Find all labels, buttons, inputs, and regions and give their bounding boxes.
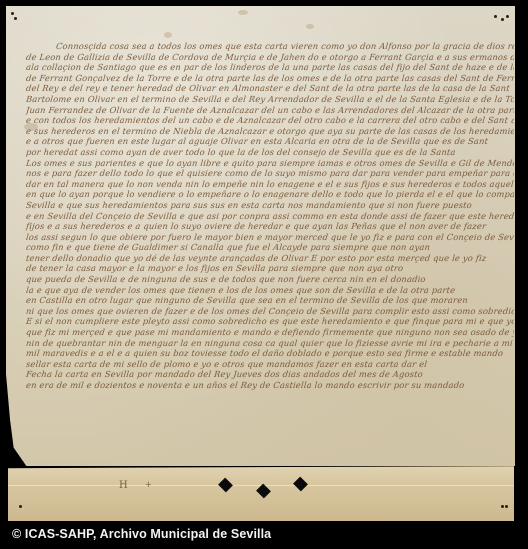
text-line: que fiz mi merçed e que pase mi mandamie… — [25, 327, 514, 338]
text-line: del Rey e del rey e tener heredad de Oli… — [25, 83, 514, 94]
charter-text: Connosçida cosa sea a todos los omes que… — [26, 41, 514, 391]
text-line: e sus herederos en el termino de Niebla … — [25, 126, 514, 137]
seal-cord-hole — [293, 477, 308, 492]
pinhole — [19, 505, 22, 508]
pinhole — [506, 15, 509, 18]
text-line: que pueda de Sevilla e de ninguna de sus… — [25, 274, 514, 285]
parchment-charter: Connosçida cosa sea a todos los omes que… — [6, 6, 515, 466]
text-line: Fecha la carta en Sevilla por mandado de… — [25, 369, 514, 380]
text-line: nos e para fazer dello todo lo que el qu… — [25, 168, 514, 179]
text-line: en Castilla en otro lugar que ninguno de… — [25, 295, 514, 306]
text-line: la e que aya de vender los omes que tien… — [25, 285, 514, 296]
text-line: en era de mil e dozientos e noventa e un… — [25, 380, 514, 391]
text-line: los assi segun lo que obiere por fuero l… — [25, 232, 514, 243]
cross-mark: + — [145, 480, 152, 489]
seal-cord-hole — [218, 478, 233, 493]
text-line: Juan Ferrandez de Olivar de la Fuente de… — [25, 105, 514, 116]
text-line: Sevilla e que sus heredamientos para sus… — [25, 200, 514, 211]
text-line: ni que los omes que ovieren de fazer e d… — [25, 306, 514, 317]
pinhole — [501, 505, 504, 508]
text-line: como fin e que tiene de Gualdimer si Can… — [25, 242, 514, 253]
text-line: e con todos los heredamientos del un cab… — [25, 115, 514, 126]
plica-fold: H + — [8, 466, 514, 521]
stain — [238, 10, 248, 15]
pinhole — [494, 15, 497, 18]
text-line: sellar esta carta de mi sello de plomo e… — [25, 359, 514, 370]
text-line: dar en tal manera que lo non venda nin l… — [25, 179, 514, 190]
text-line: nin de quebrantar nin de menguar la en n… — [25, 338, 514, 349]
text-line: e en Sevilla del Conçeio de Sevilla e qu… — [25, 211, 514, 222]
text-line: por heredat assi como ayan de aver todo … — [25, 147, 514, 158]
text-line: tener dello donadio que yo dé de las vey… — [25, 253, 514, 264]
text-line: Los omes e sus parientes e que lo ayan l… — [25, 158, 514, 169]
copyright-caption: © ICAS-SAHP, Archivo Municipal de Sevill… — [12, 527, 271, 541]
image-stage: Connosçida cosa sea a todos los omes que… — [0, 0, 528, 549]
text-line: en que lo ayan porque lo vendiere o lo e… — [25, 189, 514, 200]
text-line: de Leon de Gallizia de Sevilla de Cordov… — [25, 52, 514, 63]
text-line: ala collaçion de Santiago que es en par … — [25, 62, 514, 73]
stain — [306, 24, 314, 29]
text-line: mil maravedis e a el e a quien su boz to… — [25, 348, 514, 359]
text-line: fijos e a sus herederos e a quien lo suy… — [25, 221, 514, 232]
stain — [164, 32, 172, 38]
text-line: Bartolome en Olivar en el termino de Sev… — [25, 94, 514, 105]
text-line: de tener la casa mayor e la mayor e los … — [25, 263, 514, 274]
text-line: de Ferrant Gonçalvez de la Torre e de la… — [25, 73, 514, 84]
notary-mark: H — [119, 480, 128, 491]
text-line: Connosçida cosa sea a todos los omes que… — [25, 41, 514, 52]
text-line: e a otros que fueren en este lugar al ag… — [25, 136, 514, 147]
pinhole — [501, 18, 504, 21]
text-line: E si el non cumpliere este pleyto assi c… — [25, 316, 514, 327]
pinhole — [11, 12, 14, 15]
pinhole — [505, 505, 508, 508]
pinhole — [14, 17, 17, 20]
